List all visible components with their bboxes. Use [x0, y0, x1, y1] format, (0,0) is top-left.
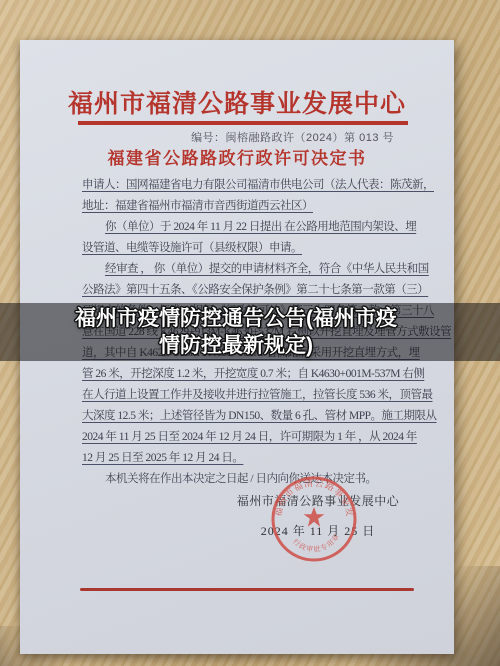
stamp-bottom-text: 行政审批专用章	[291, 532, 341, 554]
doc-line: 地址：福建省福州市福清市音西街道西云社区）	[82, 196, 430, 217]
header-divider-rule	[78, 121, 408, 125]
doc-line: 本机关将在作出本决定之日起 / 日内向你送达本决定书。	[82, 469, 430, 490]
doc-line: 在人行道上设置工作井及接收井进行拉管施工，拉管长度 536 米，顶管最	[82, 385, 430, 406]
footer-red-rule	[80, 588, 414, 591]
doc-line: 你（单位）于 2024 年 11 月 22 日提出 在公路用地范围内架设、埋	[82, 217, 430, 238]
headline-line-1: 福州市疫情防控通告公告(福州市疫	[75, 305, 397, 332]
doc-line: 2024 年 11 月 25 日至 2024 年 12 月 24 日，许可期限为…	[82, 427, 430, 448]
doc-line: 管 26 米，开挖深度 1.2 米，开挖宽度 0.7 米；自 K4630+001…	[82, 364, 430, 385]
doc-line: 申请人：国网福建省电力有限公司福清市供电公司（法人代表：陈茂新，	[82, 175, 430, 196]
svg-text:行政审批专用章: 行政审批专用章	[291, 532, 341, 554]
document-photo: 福州市福清公路事业发展中心 编号：闽榕融路政许（2024）第 013 号 福建省…	[0, 0, 500, 666]
headline-overlay-banner: 福州市疫情防控通告公告(福州市疫 情防控最新规定)	[0, 303, 500, 361]
org-title: 福州市福清公路事业发展中心	[20, 84, 454, 120]
doc-line: 大深度 12.5 米；上述管径皆为 DN150、数量 6 孔、管材 MPP。施工…	[82, 406, 430, 427]
document-number: 编号：闽榕融路政许（2024）第 013 号	[20, 129, 394, 145]
doc-line: 12 月 25 日至 2025 年 12 月 24 日。	[82, 448, 430, 469]
doc-line: 公路法》第四十五条、《公路安全保护条例》第二十七条第一款第（三）	[82, 280, 430, 301]
official-seal-stamp-icon: 福州市福清公路事业发展中心 行政审批专用章	[259, 464, 369, 574]
star-icon	[304, 507, 325, 527]
doc-line: 设管道、电缆等设施许可（县级权限）申请。	[82, 238, 430, 259]
document-title: 福建省公路路政行政许可决定书	[20, 144, 454, 169]
doc-line: 经审查 ， 你（单位）提交的申请材料齐全，符合《中华人民共和国	[82, 259, 430, 280]
headline-line-2: 情防控最新规定)	[159, 332, 313, 359]
